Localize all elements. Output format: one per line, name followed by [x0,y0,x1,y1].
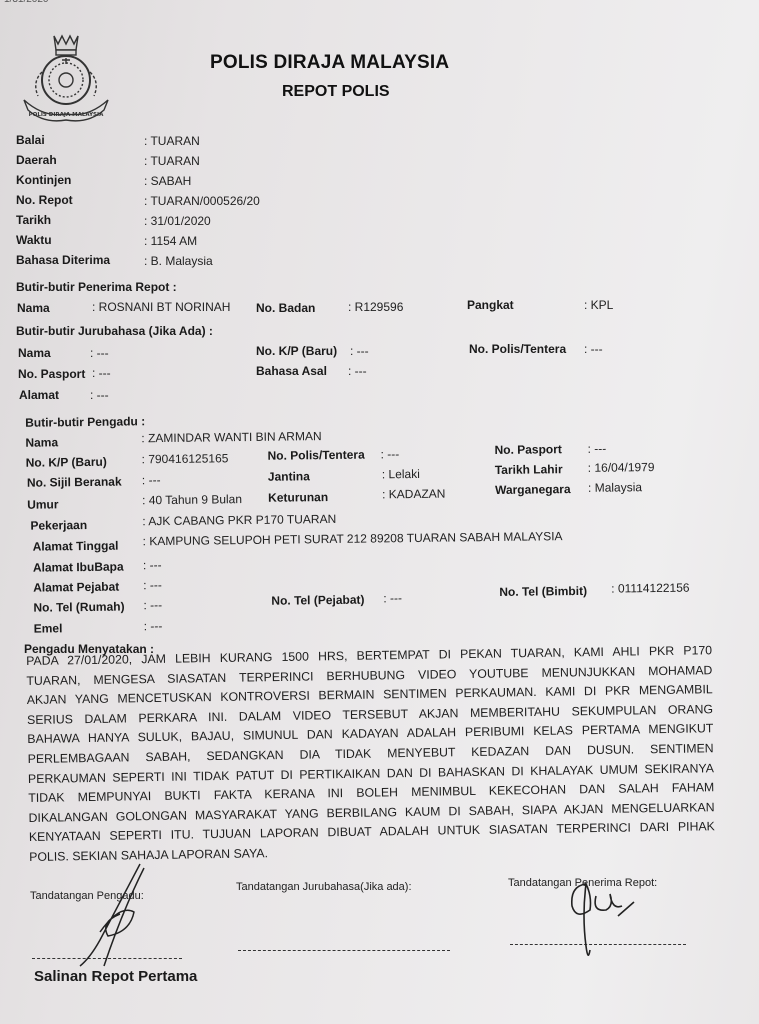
receiver-badge-label: No. Badan [256,301,315,315]
complainant-passport-label: No. Pasport [494,442,562,457]
complainant-nation-label: Warganegara [495,482,571,497]
complainant-nation-value: : Malaysia [588,480,642,495]
complainant-email-value: : --- [144,619,163,633]
interpreter-signature-label: Tandatangan Jurubahasa(Jika ada): [236,881,412,893]
svg-text:POLIS DIRAJA MALAYSIA: POLIS DIRAJA MALAYSIA [29,112,104,118]
interpreter-signature-line [238,950,450,951]
complainant-dob-value: : 16/04/1979 [588,460,655,475]
bahasa-value: : B. Malaysia [144,254,213,268]
interpreter-passport-value: : --- [92,366,111,380]
complainant-race-value: : KADAZAN [382,487,446,502]
complainant-age-value: : 40 Tahun 9 Bulan [142,492,242,507]
interpreter-lang-value: : --- [348,364,367,378]
complainant-gender-label: Jantina [268,469,310,484]
interpreter-heading: Butir-butir Jurubahasa (Jika Ada) : [16,324,213,338]
complainant-parent-label: Alamat IbuBapa [33,560,124,575]
complainant-birthcert-label: No. Sijil Beranak [27,475,122,490]
complainant-telmobile-label: No. Tel (Bimbit) [499,584,587,599]
interpreter-police-value: : --- [584,342,603,356]
complainant-ic-value: : 790416125165 [142,451,229,466]
complainant-telhome-value: : --- [143,598,162,612]
complainant-home-label: Alamat Tinggal [33,539,119,554]
complainant-office-label: Alamat Pejabat [33,580,119,595]
receiver-rank-label: Pangkat [467,298,514,312]
complainant-telhome-label: No. Tel (Rumah) [33,600,124,615]
interpreter-address-label: Alamat [19,388,59,402]
receiver-signature-icon [556,876,646,966]
complainant-office-value: : --- [143,578,162,592]
receiver-badge-value: : R129596 [348,300,403,314]
interpreter-lang-label: Bahasa Asal [256,364,327,378]
complainant-race-label: Keturunan [268,490,328,505]
complainant-police-label: No. Polis/Tentera [268,448,365,463]
interpreter-address-value: : --- [90,388,109,402]
receiver-name-label: Nama [17,301,50,315]
interpreter-ic-label: No. K/P (Baru) [256,344,337,358]
page-subtitle: REPOT POLIS [282,83,390,101]
complainant-teloffice-label: No. Tel (Pejabat) [271,593,364,608]
interpreter-police-label: No. Polis/Tentera [469,342,566,356]
footer-copy-label: Salinan Repot Pertama [34,968,197,985]
statement-body: PADA 27/01/2020, JAM LEBIH KURANG 1500 H… [26,641,715,867]
complainant-email-label: Emel [34,621,63,635]
tarikh-value: : 31/01/2020 [144,214,211,228]
complainant-birthcert-value: : --- [142,473,161,487]
receiver-heading: Butir-butir Penerima Repot : [16,280,177,294]
complainant-ic-label: No. K/P (Baru) [26,455,107,470]
receiver-name-value: : ROSNANI BT NORINAH [92,300,230,314]
tarikh-label: Tarikh [16,213,51,227]
interpreter-name-label: Nama [18,346,51,360]
complainant-name-label: Nama [25,435,58,449]
page-title: POLIS DIRAJA MALAYSIA [210,52,449,74]
complainant-police-value: : --- [380,447,399,461]
complainant-parent-value: : --- [143,558,162,572]
complainant-job-label: Pekerjaan [30,518,87,533]
complainant-dob-label: Tarikh Lahir [495,462,563,477]
complainant-name-value: : ZAMINDAR WANTI BIN ARMAN [141,429,321,445]
receiver-rank-value: : KPL [584,298,613,312]
balai-label: Balai [16,133,45,147]
complainant-gender-value: : Lelaki [382,467,420,481]
no-repot-value: : TUARAN/000526/20 [144,194,260,208]
kontinjen-label: Kontinjen [16,173,71,187]
complainant-passport-value: : --- [587,442,606,456]
interpreter-passport-label: No. Pasport [18,367,85,381]
complainant-heading: Butir-butir Pengadu : [25,414,145,429]
no-repot-label: No. Repot [16,193,73,207]
complainant-age-label: Umur [27,497,59,511]
interpreter-ic-value: : --- [350,344,369,358]
bahasa-label: Bahasa Diterima [16,253,110,267]
balai-value: : TUARAN [144,134,200,148]
complainant-job-value: : AJK CABANG PKR P170 TUARAN [142,512,336,528]
complainant-home-value: : KAMPUNG SELUPOH PETI SURAT 212 89208 T… [143,529,563,548]
print-date: 1/31/2020 [4,0,49,5]
waktu-label: Waktu [16,233,52,247]
police-crest-icon: POLIS DIRAJA MALAYSIA [18,30,114,122]
interpreter-name-value: : --- [90,346,109,360]
complainant-teloffice-value: : --- [383,591,402,605]
complainant-signature-icon [60,862,150,972]
waktu-value: : 1154 AM [144,234,197,248]
complainant-telmobile-value: : 01114122156 [611,581,689,596]
daerah-value: : TUARAN [144,154,200,168]
daerah-label: Daerah [16,153,57,167]
kontinjen-value: : SABAH [144,174,191,188]
